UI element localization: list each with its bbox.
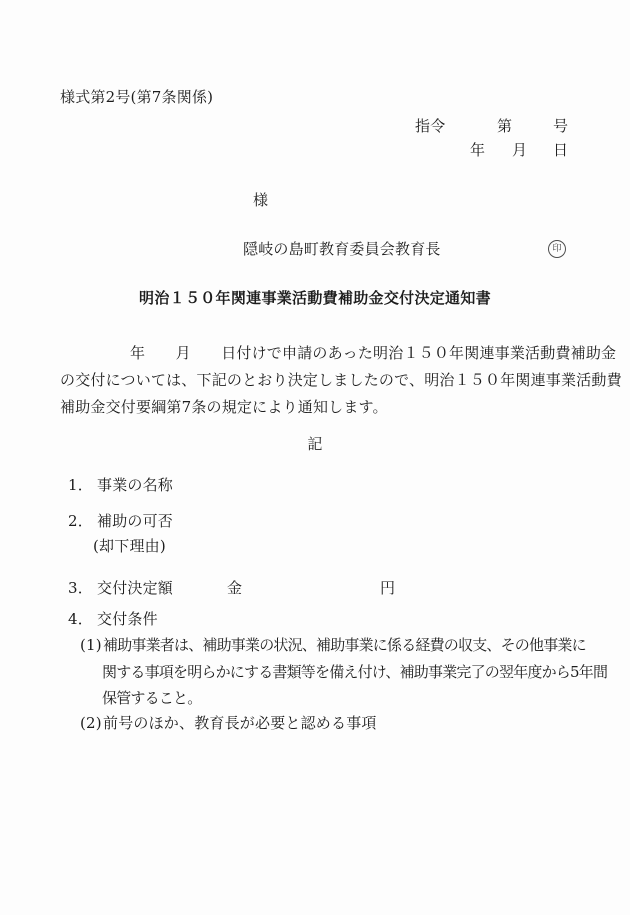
item-3-amount-suffix: 円	[380, 579, 395, 597]
body-line-3: 補助金交付要綱第7条の規定により通知します。	[60, 398, 388, 416]
condition-2-marker: (2)	[80, 714, 102, 732]
date-year-label: 年	[470, 141, 485, 159]
document-title: 明治１５０年関連事業活動費補助金交付決定通知書	[0, 289, 630, 307]
item-2-marker: 2．	[68, 512, 93, 530]
date-day-label: 日	[553, 141, 568, 159]
item-2-rejection-note: (却下理由)	[93, 537, 166, 555]
item-4-marker: 4．	[68, 610, 93, 628]
item-3-amount-prefix: 金	[227, 579, 242, 597]
directive-number-prefix: 第	[497, 117, 512, 135]
document-page: 様式第2号(第7条関係) 指令 第 号 年 月 日 様 隠岐の島町教育委員会教育…	[0, 0, 630, 915]
issuer-name: 隠岐の島町教育委員会教育長	[243, 240, 441, 258]
directive-label: 指令	[415, 117, 445, 135]
item-2-label: 補助の可否	[97, 512, 173, 530]
item-3-marker: 3．	[68, 579, 93, 597]
condition-1-line-1: 補助事業者は、補助事業の状況、補助事業に係る経費の収支、その他事業に	[103, 636, 586, 654]
directive-number-suffix: 号	[553, 117, 568, 135]
seal-character: 印	[552, 244, 561, 254]
condition-1-marker: (1)	[80, 636, 102, 654]
body-line-1: 年 月 日付けで申請のあった明治１５０年関連事業活動費補助金	[130, 344, 616, 362]
addressee-honorific: 様	[253, 191, 268, 209]
record-marker: 記	[0, 435, 630, 453]
item-1-marker: 1．	[68, 476, 93, 494]
condition-1-line-3: 保管すること。	[102, 689, 201, 707]
item-4-label: 交付条件	[97, 610, 158, 628]
form-number-note: 様式第2号(第7条関係)	[60, 88, 213, 106]
condition-2-line-1: 前号のほか、教育長が必要と認める事項	[103, 714, 377, 732]
item-3-label: 交付決定額	[97, 579, 173, 597]
condition-1-line-2: 関する事項を明らかにする書類等を備え付け、補助事業完了の翌年度から5年間	[102, 663, 607, 681]
body-line-2: の交付については、下記のとおり決定しましたので、明治１５０年関連事業活動費	[60, 371, 622, 389]
date-month-label: 月	[512, 141, 527, 159]
item-1-label: 事業の名称	[97, 476, 173, 494]
seal-icon: 印	[548, 240, 566, 258]
